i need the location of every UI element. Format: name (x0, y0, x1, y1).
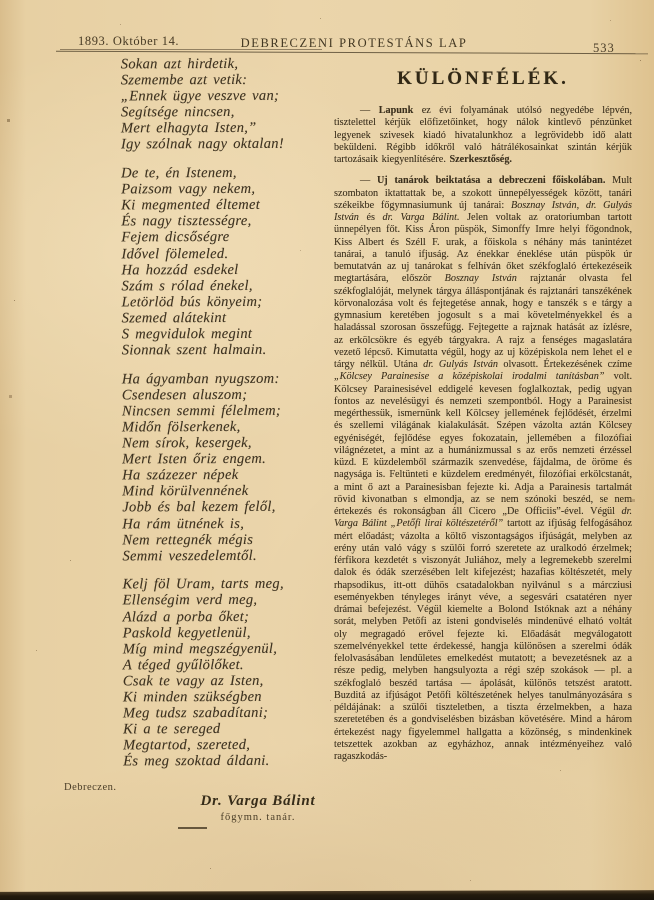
header-rule-short (60, 49, 322, 50)
news-paragraph-inauguration: — Uj tanárok beiktatása a debreczeni fői… (334, 175, 632, 763)
poem-column: Sokan azt hirdetik, Szemembe azt vetik: … (121, 56, 339, 783)
poem-signature: Dr. Varga Bálint főgymn. tanár. (183, 793, 333, 823)
poem-author-role: főgymn. tanár. (183, 812, 333, 823)
poem-place: Debreczen. (64, 782, 117, 793)
paper-speckles (0, 0, 1, 1)
poem-stanza-2: De te, én Istenem, Paizsom vagy nekem, K… (121, 165, 337, 359)
scan-edge-bar (0, 890, 654, 900)
header-rule-long (56, 51, 648, 55)
news-column: KÜLÖNFÉLÉK. — Lapunk ez évi folyamának u… (334, 68, 632, 772)
poem-author: Dr. Varga Bálint (183, 793, 333, 810)
poem-stanza-3: Ha ágyamban nyugszom: Csendesen aluszom;… (122, 370, 338, 564)
newspaper-page: 1893. Október 14. DEBRECZENI PROTESTÁNS … (0, 0, 654, 900)
issue-date: 1893. Október 14. (78, 34, 179, 49)
section-title: KÜLÖNFÉLÉK. (334, 68, 632, 90)
poem-stanza-1: Sokan azt hirdetik, Szemembe azt vetik: … (121, 56, 336, 153)
poem-stanza-4: Kelj föl Uram, tarts meg, Ellenségim ver… (123, 576, 339, 770)
section-end-dash (178, 827, 207, 829)
news-paragraph-subscriptions: — Lapunk ez évi folyamának utólsó negyed… (334, 105, 632, 166)
